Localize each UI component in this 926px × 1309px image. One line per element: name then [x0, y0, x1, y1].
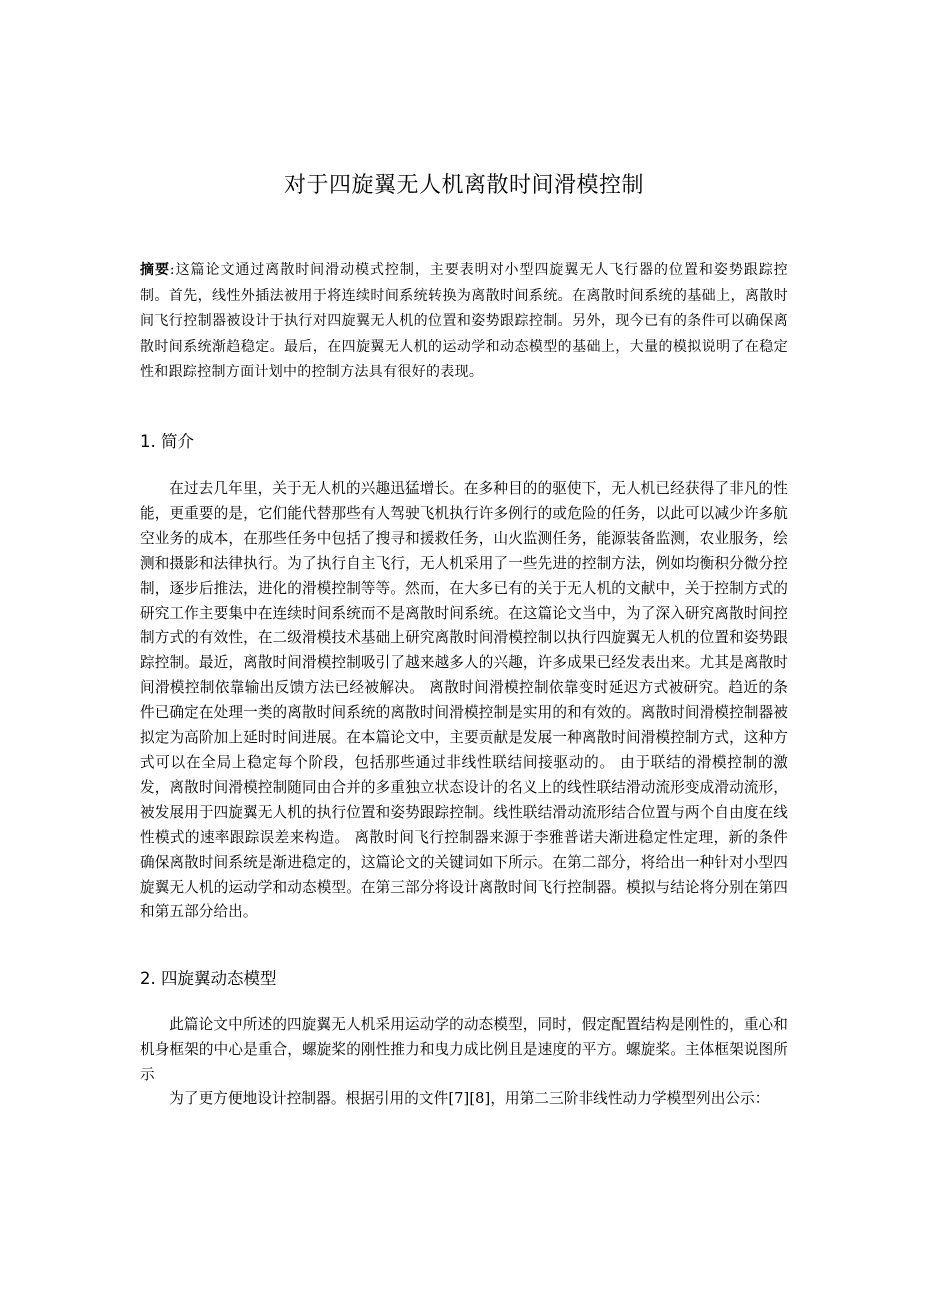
abstract: 摘要:这篇论文通过离散时间滑动模式控制，主要表明对小型四旋翼无人飞行器的位置和姿…	[140, 258, 788, 386]
abstract-label: 摘要	[140, 262, 170, 278]
section-heading-introduction: 1. 简介	[140, 428, 194, 452]
dynamic-model-paragraph-1: 此篇论文中所述的四旋翼无人机采用运动学的动态模型，同时，假定配置结构是刚性的，重…	[140, 1013, 788, 1088]
abstract-text: 这篇论文通过离散时间滑动模式控制，主要表明对小型四旋翼无人飞行器的位置和姿势跟踪…	[140, 262, 788, 380]
paper-title: 对于四旋翼无人机离散时间滑模控制	[140, 168, 788, 199]
section-heading-dynamic-model: 2. 四旋翼动态模型	[140, 965, 277, 989]
introduction-paragraph: 在过去几年里，关于无人机的兴趣迅猛增长。在多种目的的驱使下，无人机已经获得了非凡…	[140, 477, 788, 925]
dynamic-model-paragraph-2: 为了更方便地设计控制器。根据引用的文件[7][8]，用第二三阶非线性动力学模型列…	[140, 1087, 788, 1112]
